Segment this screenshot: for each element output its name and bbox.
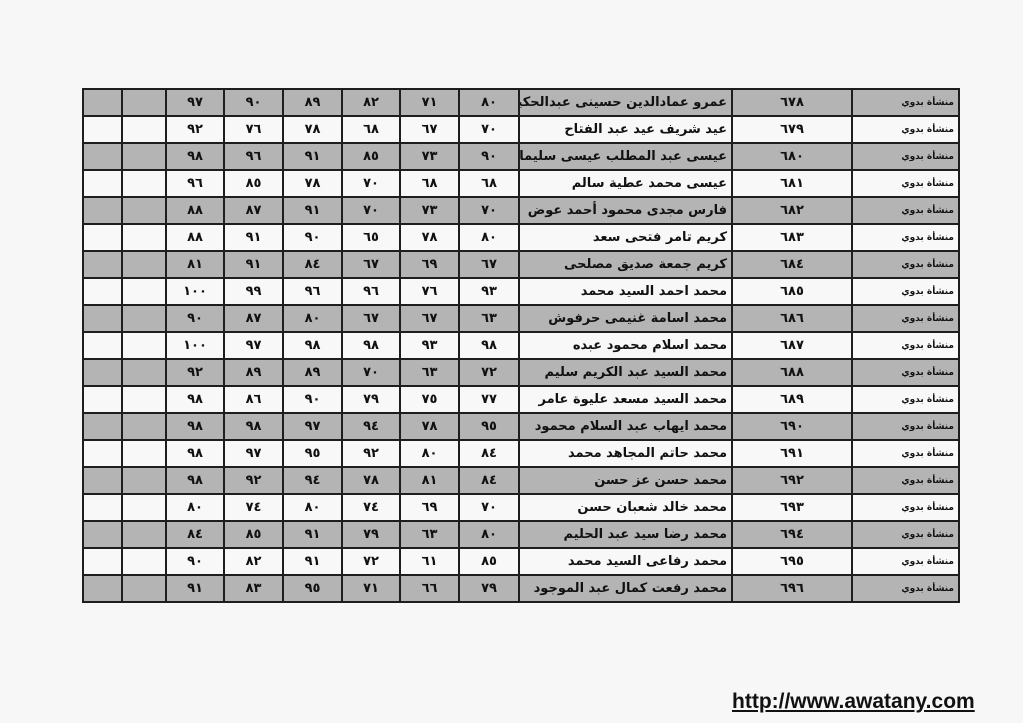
score-cell: ٩٢ xyxy=(224,467,283,494)
empty-cell xyxy=(83,116,122,143)
empty-cell xyxy=(122,575,166,602)
score-cell: ٩١ xyxy=(283,521,342,548)
score-cell: ٨٤ xyxy=(283,251,342,278)
seat-number-cell: ٦٨١ xyxy=(732,170,852,197)
empty-cell xyxy=(83,224,122,251)
score-cell: ٩٩ xyxy=(224,278,283,305)
seat-number-cell: ٦٩٢ xyxy=(732,467,852,494)
table-row: ٨٨٩١٩٠٦٥٧٨٨٠كريم تامر فتحى سعد٦٨٣منشأة ب… xyxy=(83,224,959,251)
student-name-cell: عيسى محمد عطية سالم xyxy=(519,170,732,197)
seat-number-cell: ٦٩١ xyxy=(732,440,852,467)
score-cell: ٧٥ xyxy=(400,386,459,413)
table-row: ١٠٠٩٧٩٨٩٨٩٣٩٨محمد اسلام محمود عبده٦٨٧منش… xyxy=(83,332,959,359)
student-name-cell: محمد حاتم المجاهد محمد xyxy=(519,440,732,467)
empty-cell xyxy=(83,143,122,170)
table-row: ٩٢٧٦٧٨٦٨٦٧٧٠عيد شريف عيد عبد الفتاح٦٧٩من… xyxy=(83,116,959,143)
score-cell: ٧٠ xyxy=(342,170,400,197)
table-row: ٩٧٩٠٨٩٨٢٧١٨٠عمرو عمادالدين حسينى عبدالحك… xyxy=(83,89,959,116)
table-row: ٩٨٩٦٩١٨٥٧٣٩٠عيسى عبد المطلب عيسى سليمان٦… xyxy=(83,143,959,170)
score-cell: ٩١ xyxy=(283,143,342,170)
student-name-cell: محمد اسامة غنيمى حرفوش xyxy=(519,305,732,332)
score-cell: ٦٩ xyxy=(400,494,459,521)
table-body: ٩٧٩٠٨٩٨٢٧١٨٠عمرو عمادالدين حسينى عبدالحك… xyxy=(83,89,959,602)
seat-number-cell: ٦٩٦ xyxy=(732,575,852,602)
score-cell: ٩٨ xyxy=(342,332,400,359)
score-cell: ٨٤ xyxy=(459,467,519,494)
score-cell: ٨٠ xyxy=(283,494,342,521)
score-cell: ٩٦ xyxy=(224,143,283,170)
seat-number-cell: ٦٨٦ xyxy=(732,305,852,332)
table-row: ٨١٩١٨٤٦٧٦٩٦٧كريم جمعة صديق مصلحى٦٨٤منشأة… xyxy=(83,251,959,278)
score-cell: ٧٢ xyxy=(342,548,400,575)
empty-cell xyxy=(122,170,166,197)
student-name-cell: عيسى عبد المطلب عيسى سليمان xyxy=(519,143,732,170)
score-cell: ٦٩ xyxy=(400,251,459,278)
table-row: ١٠٠٩٩٩٦٩٦٧٦٩٣محمد احمد السيد محمد٦٨٥منشأ… xyxy=(83,278,959,305)
score-cell: ٨٤ xyxy=(459,440,519,467)
empty-cell xyxy=(83,440,122,467)
empty-cell xyxy=(83,332,122,359)
school-name-cell: منشأة بدوي xyxy=(852,332,959,359)
table-row: ٩٨٩٨٩٧٩٤٧٨٩٥محمد ايهاب عبد السلام محمود٦… xyxy=(83,413,959,440)
student-name-cell: فارس مجدى محمود أحمد عوض xyxy=(519,197,732,224)
results-table: ٩٧٩٠٨٩٨٢٧١٨٠عمرو عمادالدين حسينى عبدالحك… xyxy=(82,88,960,603)
score-cell: ٧٩ xyxy=(342,386,400,413)
score-cell: ٩١ xyxy=(283,197,342,224)
score-cell: ٨٣ xyxy=(224,575,283,602)
student-name-cell: محمد رفاعى السيد محمد xyxy=(519,548,732,575)
empty-cell xyxy=(122,143,166,170)
score-cell: ٧٩ xyxy=(342,521,400,548)
empty-cell xyxy=(122,521,166,548)
score-cell: ٩٥ xyxy=(283,575,342,602)
score-cell: ٦٧ xyxy=(342,305,400,332)
score-cell: ٩٦ xyxy=(283,278,342,305)
score-cell: ٩٨ xyxy=(459,332,519,359)
score-cell: ٧٠ xyxy=(459,494,519,521)
score-cell: ٧٠ xyxy=(342,197,400,224)
score-cell: ٩٠ xyxy=(283,224,342,251)
score-cell: ٦٧ xyxy=(459,251,519,278)
score-cell: ٦٨ xyxy=(342,116,400,143)
score-cell: ٨٩ xyxy=(224,359,283,386)
student-name-cell: محمد خالد شعبان حسن xyxy=(519,494,732,521)
student-name-cell: عيد شريف عيد عبد الفتاح xyxy=(519,116,732,143)
table-row: ٩٢٨٩٨٩٧٠٦٣٧٢محمد السيد عبد الكريم سليم٦٨… xyxy=(83,359,959,386)
score-cell: ٧٩ xyxy=(459,575,519,602)
score-cell: ٦٧ xyxy=(400,116,459,143)
table-row: ٨٨٨٧٩١٧٠٧٣٧٠فارس مجدى محمود أحمد عوض٦٨٢م… xyxy=(83,197,959,224)
score-cell: ٩٦ xyxy=(166,170,224,197)
empty-cell xyxy=(83,575,122,602)
score-cell: ٨٠ xyxy=(166,494,224,521)
table-row: ٨٤٨٥٩١٧٩٦٣٨٠محمد رضا سيد عبد الحليم٦٩٤من… xyxy=(83,521,959,548)
score-cell: ٩٤ xyxy=(342,413,400,440)
score-cell: ٧٣ xyxy=(400,143,459,170)
school-name-cell: منشأة بدوي xyxy=(852,116,959,143)
school-name-cell: منشأة بدوي xyxy=(852,170,959,197)
student-name-cell: محمد رفعت كمال عبد الموجود xyxy=(519,575,732,602)
website-url-link[interactable]: http://www.awatany.com xyxy=(732,690,975,714)
score-cell: ٦٧ xyxy=(400,305,459,332)
empty-cell xyxy=(122,89,166,116)
score-cell: ٦٣ xyxy=(400,521,459,548)
empty-cell xyxy=(122,197,166,224)
table-row: ٩٠٨٧٨٠٦٧٦٧٦٣محمد اسامة غنيمى حرفوش٦٨٦منش… xyxy=(83,305,959,332)
score-cell: ٩٠ xyxy=(283,386,342,413)
school-name-cell: منشأة بدوي xyxy=(852,413,959,440)
score-cell: ٨٩ xyxy=(283,89,342,116)
score-cell: ٩١ xyxy=(224,224,283,251)
score-cell: ٨٥ xyxy=(342,143,400,170)
score-cell: ١٠٠ xyxy=(166,332,224,359)
student-name-cell: محمد حسن عز حسن xyxy=(519,467,732,494)
score-cell: ٩٨ xyxy=(166,413,224,440)
school-name-cell: منشأة بدوي xyxy=(852,251,959,278)
school-name-cell: منشأة بدوي xyxy=(852,521,959,548)
seat-number-cell: ٦٩٣ xyxy=(732,494,852,521)
score-cell: ٧٨ xyxy=(342,467,400,494)
score-cell: ٨٦ xyxy=(224,386,283,413)
empty-cell xyxy=(122,359,166,386)
score-cell: ٨٩ xyxy=(283,359,342,386)
score-cell: ٩٨ xyxy=(166,386,224,413)
score-cell: ٦٨ xyxy=(400,170,459,197)
score-cell: ٦٥ xyxy=(342,224,400,251)
score-cell: ٩٤ xyxy=(283,467,342,494)
score-cell: ٩٧ xyxy=(224,440,283,467)
score-cell: ٩٨ xyxy=(224,413,283,440)
score-cell: ٦٧ xyxy=(342,251,400,278)
student-name-cell: محمد السيد عبد الكريم سليم xyxy=(519,359,732,386)
score-cell: ١٠٠ xyxy=(166,278,224,305)
score-cell: ٩٥ xyxy=(459,413,519,440)
score-cell: ٩٠ xyxy=(166,305,224,332)
score-cell: ٦٣ xyxy=(400,359,459,386)
score-cell: ٩٠ xyxy=(166,548,224,575)
score-cell: ٩٧ xyxy=(224,332,283,359)
score-cell: ٩١ xyxy=(224,251,283,278)
score-cell: ٧٤ xyxy=(342,494,400,521)
student-name-cell: محمد السيد مسعد عليوة عامر xyxy=(519,386,732,413)
score-cell: ٩٧ xyxy=(283,413,342,440)
empty-cell xyxy=(122,494,166,521)
seat-number-cell: ٦٧٩ xyxy=(732,116,852,143)
table-row: ٩١٨٣٩٥٧١٦٦٧٩محمد رفعت كمال عبد الموجود٦٩… xyxy=(83,575,959,602)
score-cell: ٩٢ xyxy=(166,116,224,143)
score-cell: ٧٠ xyxy=(459,116,519,143)
table-row: ٩٠٨٢٩١٧٢٦١٨٥محمد رفاعى السيد محمد٦٩٥منشأ… xyxy=(83,548,959,575)
score-cell: ٧٨ xyxy=(283,170,342,197)
seat-number-cell: ٦٨٤ xyxy=(732,251,852,278)
school-name-cell: منشأة بدوي xyxy=(852,143,959,170)
school-name-cell: منشأة بدوي xyxy=(852,89,959,116)
seat-number-cell: ٦٨٩ xyxy=(732,386,852,413)
empty-cell xyxy=(83,251,122,278)
score-cell: ٧١ xyxy=(342,575,400,602)
score-cell: ٩١ xyxy=(166,575,224,602)
score-cell: ٨١ xyxy=(400,467,459,494)
student-name-cell: عمرو عمادالدين حسينى عبدالحكيم xyxy=(519,89,732,116)
student-name-cell: محمد ايهاب عبد السلام محمود xyxy=(519,413,732,440)
score-cell: ٧٨ xyxy=(283,116,342,143)
score-cell: ٨٨ xyxy=(166,197,224,224)
empty-cell xyxy=(83,305,122,332)
score-cell: ٧٨ xyxy=(400,413,459,440)
school-name-cell: منشأة بدوي xyxy=(852,440,959,467)
empty-cell xyxy=(122,224,166,251)
student-name-cell: كريم تامر فتحى سعد xyxy=(519,224,732,251)
student-name-cell: محمد احمد السيد محمد xyxy=(519,278,732,305)
score-cell: ٨٧ xyxy=(224,305,283,332)
school-name-cell: منشأة بدوي xyxy=(852,359,959,386)
score-cell: ٨١ xyxy=(166,251,224,278)
score-cell: ٩٣ xyxy=(459,278,519,305)
score-cell: ٦٨ xyxy=(459,170,519,197)
score-cell: ٧٦ xyxy=(224,116,283,143)
school-name-cell: منشأة بدوي xyxy=(852,467,959,494)
empty-cell xyxy=(83,521,122,548)
seat-number-cell: ٦٩٥ xyxy=(732,548,852,575)
score-cell: ٩١ xyxy=(283,548,342,575)
table-row: ٩٨٩٢٩٤٧٨٨١٨٤محمد حسن عز حسن٦٩٢منشأة بدوي xyxy=(83,467,959,494)
score-cell: ٩٨ xyxy=(283,332,342,359)
score-cell: ٩٨ xyxy=(166,440,224,467)
score-cell: ٨٥ xyxy=(459,548,519,575)
table-row: ٩٦٨٥٧٨٧٠٦٨٦٨عيسى محمد عطية سالم٦٨١منشأة … xyxy=(83,170,959,197)
table-row: ٩٨٨٦٩٠٧٩٧٥٧٧محمد السيد مسعد عليوة عامر٦٨… xyxy=(83,386,959,413)
score-cell: ٩٧ xyxy=(166,89,224,116)
seat-number-cell: ٦٨٢ xyxy=(732,197,852,224)
score-cell: ٨٨ xyxy=(166,224,224,251)
score-cell: ٨٢ xyxy=(342,89,400,116)
empty-cell xyxy=(83,197,122,224)
school-name-cell: منشأة بدوي xyxy=(852,548,959,575)
score-cell: ٨٥ xyxy=(224,170,283,197)
seat-number-cell: ٦٨٨ xyxy=(732,359,852,386)
score-cell: ٩٣ xyxy=(400,332,459,359)
seat-number-cell: ٦٨٧ xyxy=(732,332,852,359)
empty-cell xyxy=(122,467,166,494)
school-name-cell: منشأة بدوي xyxy=(852,386,959,413)
seat-number-cell: ٦٨٣ xyxy=(732,224,852,251)
school-name-cell: منشأة بدوي xyxy=(852,305,959,332)
score-cell: ٦٦ xyxy=(400,575,459,602)
empty-cell xyxy=(122,413,166,440)
empty-cell xyxy=(122,251,166,278)
score-cell: ٦١ xyxy=(400,548,459,575)
score-cell: ٨٠ xyxy=(459,521,519,548)
score-cell: ٨٢ xyxy=(224,548,283,575)
empty-cell xyxy=(83,494,122,521)
seat-number-cell: ٦٨٠ xyxy=(732,143,852,170)
empty-cell xyxy=(122,386,166,413)
school-name-cell: منشأة بدوي xyxy=(852,278,959,305)
score-cell: ٧٢ xyxy=(459,359,519,386)
score-cell: ٦٣ xyxy=(459,305,519,332)
empty-cell xyxy=(83,89,122,116)
score-cell: ٨٤ xyxy=(166,521,224,548)
school-name-cell: منشأة بدوي xyxy=(852,575,959,602)
empty-cell xyxy=(122,548,166,575)
score-cell: ٩٠ xyxy=(459,143,519,170)
table-row: ٩٨٩٧٩٥٩٢٨٠٨٤محمد حاتم المجاهد محمد٦٩١منش… xyxy=(83,440,959,467)
empty-cell xyxy=(83,278,122,305)
student-name-cell: كريم جمعة صديق مصلحى xyxy=(519,251,732,278)
seat-number-cell: ٦٨٥ xyxy=(732,278,852,305)
school-name-cell: منشأة بدوي xyxy=(852,494,959,521)
school-name-cell: منشأة بدوي xyxy=(852,224,959,251)
empty-cell xyxy=(83,548,122,575)
school-name-cell: منشأة بدوي xyxy=(852,197,959,224)
seat-number-cell: ٦٧٨ xyxy=(732,89,852,116)
score-cell: ٧٤ xyxy=(224,494,283,521)
score-cell: ٨٧ xyxy=(224,197,283,224)
score-cell: ٧٦ xyxy=(400,278,459,305)
empty-cell xyxy=(83,413,122,440)
score-cell: ٧٠ xyxy=(342,359,400,386)
student-name-cell: محمد رضا سيد عبد الحليم xyxy=(519,521,732,548)
empty-cell xyxy=(83,170,122,197)
score-cell: ٩٦ xyxy=(342,278,400,305)
empty-cell xyxy=(122,116,166,143)
empty-cell xyxy=(122,278,166,305)
score-cell: ٧٨ xyxy=(400,224,459,251)
score-cell: ٩٥ xyxy=(283,440,342,467)
empty-cell xyxy=(83,359,122,386)
score-cell: ٨٠ xyxy=(459,89,519,116)
score-cell: ٩٠ xyxy=(224,89,283,116)
score-cell: ٩٨ xyxy=(166,467,224,494)
empty-cell xyxy=(83,467,122,494)
empty-cell xyxy=(122,440,166,467)
score-cell: ٨٠ xyxy=(283,305,342,332)
score-cell: ٨٥ xyxy=(224,521,283,548)
seat-number-cell: ٦٩٤ xyxy=(732,521,852,548)
empty-cell xyxy=(122,305,166,332)
seat-number-cell: ٦٩٠ xyxy=(732,413,852,440)
score-cell: ٧٠ xyxy=(459,197,519,224)
score-cell: ٧٧ xyxy=(459,386,519,413)
score-cell: ٨٠ xyxy=(459,224,519,251)
score-cell: ٧٣ xyxy=(400,197,459,224)
score-cell: ٧١ xyxy=(400,89,459,116)
table-row: ٨٠٧٤٨٠٧٤٦٩٧٠محمد خالد شعبان حسن٦٩٣منشأة … xyxy=(83,494,959,521)
score-cell: ٨٠ xyxy=(400,440,459,467)
score-cell: ٩٢ xyxy=(342,440,400,467)
score-cell: ٩٢ xyxy=(166,359,224,386)
student-name-cell: محمد اسلام محمود عبده xyxy=(519,332,732,359)
empty-cell xyxy=(83,386,122,413)
score-cell: ٩٨ xyxy=(166,143,224,170)
empty-cell xyxy=(122,332,166,359)
